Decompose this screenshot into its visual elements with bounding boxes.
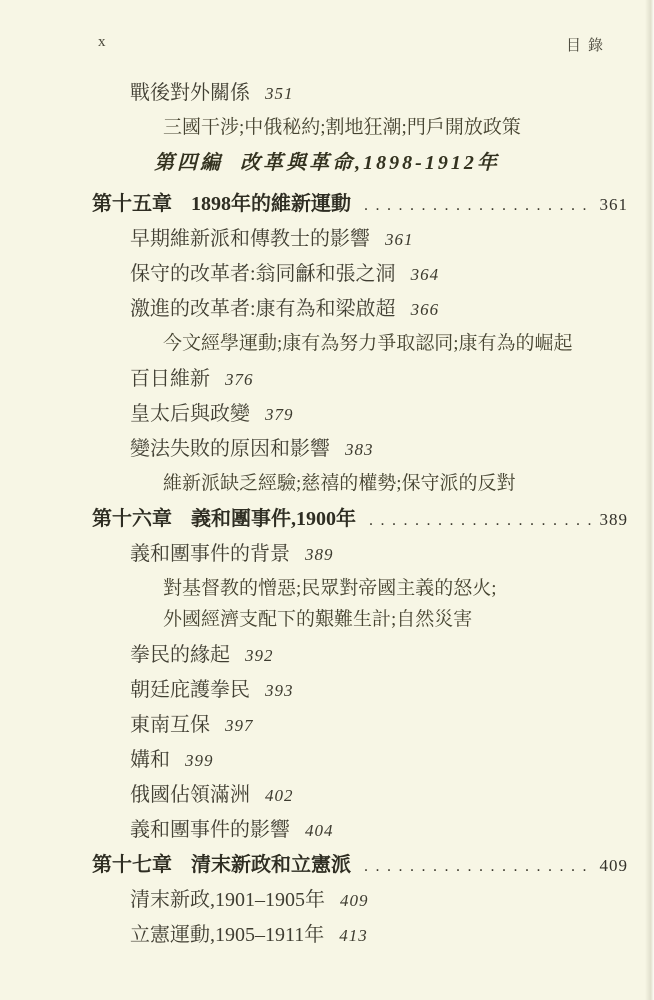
toc-section-row: 立憲運動,1905–1911年413 <box>92 923 628 947</box>
toc-subtopics-row: 對基督教的憎惡;民眾對帝國主義的怒火; <box>92 577 628 601</box>
toc-subtopics-row: 三國干涉;中俄秘約;割地狂潮;門戶開放政策 <box>92 116 628 140</box>
toc-section-row: 東南互保397 <box>92 713 628 737</box>
running-header: x 目錄 <box>0 0 654 55</box>
book-page: x 目錄 戰後對外關係351三國干涉;中俄秘約;割地狂潮;門戶開放政策第四編改革… <box>0 0 654 1000</box>
toc-section-row: 義和團事件的背景389 <box>92 542 628 566</box>
section-page-number: 351 <box>265 84 294 103</box>
section-title: 義和團事件的影響 <box>130 819 290 841</box>
chapter-title: 1898年的維新運動 <box>191 192 351 216</box>
toc-subtopics-row: 維新派缺乏經驗;慈禧的權勢;保守派的反對 <box>92 472 628 496</box>
section-page-number: 402 <box>265 786 294 805</box>
toc-section-row: 清末新政,1901–1905年409 <box>92 888 628 912</box>
toc-section-row: 戰後對外關係351 <box>92 81 628 105</box>
chapter-label: 第十七章 <box>92 853 172 877</box>
section-title: 媾和 <box>130 749 170 771</box>
chapter-label: 第十五章 <box>92 192 172 216</box>
toc-section-row: 保守的改革者:翁同龢和張之洞364 <box>92 262 628 286</box>
section-title: 百日維新 <box>130 368 210 390</box>
section-title: 東南互保 <box>130 714 210 736</box>
dot-leader <box>364 855 592 879</box>
section-title: 皇太后與政變 <box>130 403 250 425</box>
toc-section-row: 早期維新派和傳教士的影響361 <box>92 227 628 251</box>
section-title: 激進的改革者:康有為和梁啟超 <box>130 298 396 320</box>
section-page-number: 389 <box>305 545 334 564</box>
section-page-number: 361 <box>385 230 414 249</box>
chapter-title: 義和團事件,1900年 <box>191 507 356 531</box>
chapter-page-number: 361 <box>600 193 629 217</box>
chapter-page-number: 389 <box>600 508 629 532</box>
section-page-number: 376 <box>225 370 254 389</box>
subtopics-text: 三國干涉;中俄秘約;割地狂潮;門戶開放政策 <box>163 117 521 138</box>
toc-section-row: 朝廷庇護拳民393 <box>92 678 628 702</box>
section-title: 拳民的緣起 <box>130 644 230 666</box>
chapter-page-number: 409 <box>600 854 629 878</box>
toc-subtopics-row: 今文經學運動;康有為努力爭取認同;康有為的崛起 <box>92 332 628 356</box>
subtopics-text: 對基督教的憎惡;民眾對帝國主義的怒火; <box>163 578 497 599</box>
toc-section-row: 俄國佔領滿洲402 <box>92 783 628 807</box>
toc-subtopics-row: 外國經濟支配下的艱難生計;自然災害 <box>92 608 628 632</box>
section-page-number: 399 <box>185 751 214 770</box>
section-title: 俄國佔領滿洲 <box>130 784 250 806</box>
section-title: 立憲運動,1905–1911年 <box>130 924 324 946</box>
toc-chapter-row: 第十六章義和團事件,1900年389 <box>92 507 628 531</box>
section-title: 義和團事件的背景 <box>130 543 290 565</box>
running-title: 目錄 <box>566 34 610 55</box>
section-title: 戰後對外關係 <box>130 82 250 104</box>
toc-section-row: 激進的改革者:康有為和梁啟超366 <box>92 297 628 321</box>
section-page-number: 364 <box>411 265 440 284</box>
section-title: 早期維新派和傳教士的影響 <box>130 228 370 250</box>
toc-chapter-row: 第十七章清末新政和立憲派409 <box>92 853 628 877</box>
toc-section-row: 媾和399 <box>92 748 628 772</box>
folio-page-number: x <box>98 34 106 51</box>
section-title: 變法失敗的原因和影響 <box>130 438 330 460</box>
dot-leader <box>364 194 592 218</box>
subtopics-text: 今文經學運動;康有為努力爭取認同;康有為的崛起 <box>163 333 573 354</box>
section-page-number: 392 <box>245 646 274 665</box>
section-page-number: 383 <box>345 440 374 459</box>
section-title: 保守的改革者:翁同龢和張之洞 <box>130 263 396 285</box>
toc-section-row: 百日維新376 <box>92 367 628 391</box>
section-page-number: 397 <box>225 716 254 735</box>
toc-chapter-row: 第十五章1898年的維新運動361 <box>92 192 628 216</box>
toc-part-heading: 第四編改革與革命,1898-1912年 <box>0 151 654 175</box>
section-page-number: 404 <box>305 821 334 840</box>
part-label: 第四編 <box>154 152 223 174</box>
section-page-number: 413 <box>339 926 368 945</box>
section-page-number: 366 <box>411 300 440 319</box>
toc-section-row: 皇太后與政變379 <box>92 402 628 426</box>
chapter-title: 清末新政和立憲派 <box>191 853 351 877</box>
chapter-label: 第十六章 <box>92 507 172 531</box>
subtopics-text: 維新派缺乏經驗;慈禧的權勢;保守派的反對 <box>163 473 516 494</box>
section-page-number: 409 <box>340 891 369 910</box>
toc-section-row: 拳民的緣起392 <box>92 643 628 667</box>
toc-section-row: 義和團事件的影響404 <box>92 818 628 842</box>
section-title: 朝廷庇護拳民 <box>130 679 250 701</box>
toc-list: 戰後對外關係351三國干涉;中俄秘約;割地狂潮;門戶開放政策第四編改革與革命,1… <box>92 81 628 947</box>
toc-section-row: 變法失敗的原因和影響383 <box>92 437 628 461</box>
part-title: 改革與革命,1898-1912年 <box>240 152 500 174</box>
section-page-number: 379 <box>265 405 294 424</box>
section-page-number: 393 <box>265 681 294 700</box>
subtopics-text: 外國經濟支配下的艱難生計;自然災害 <box>163 609 472 630</box>
section-title: 清末新政,1901–1905年 <box>130 889 325 911</box>
dot-leader <box>369 509 592 533</box>
